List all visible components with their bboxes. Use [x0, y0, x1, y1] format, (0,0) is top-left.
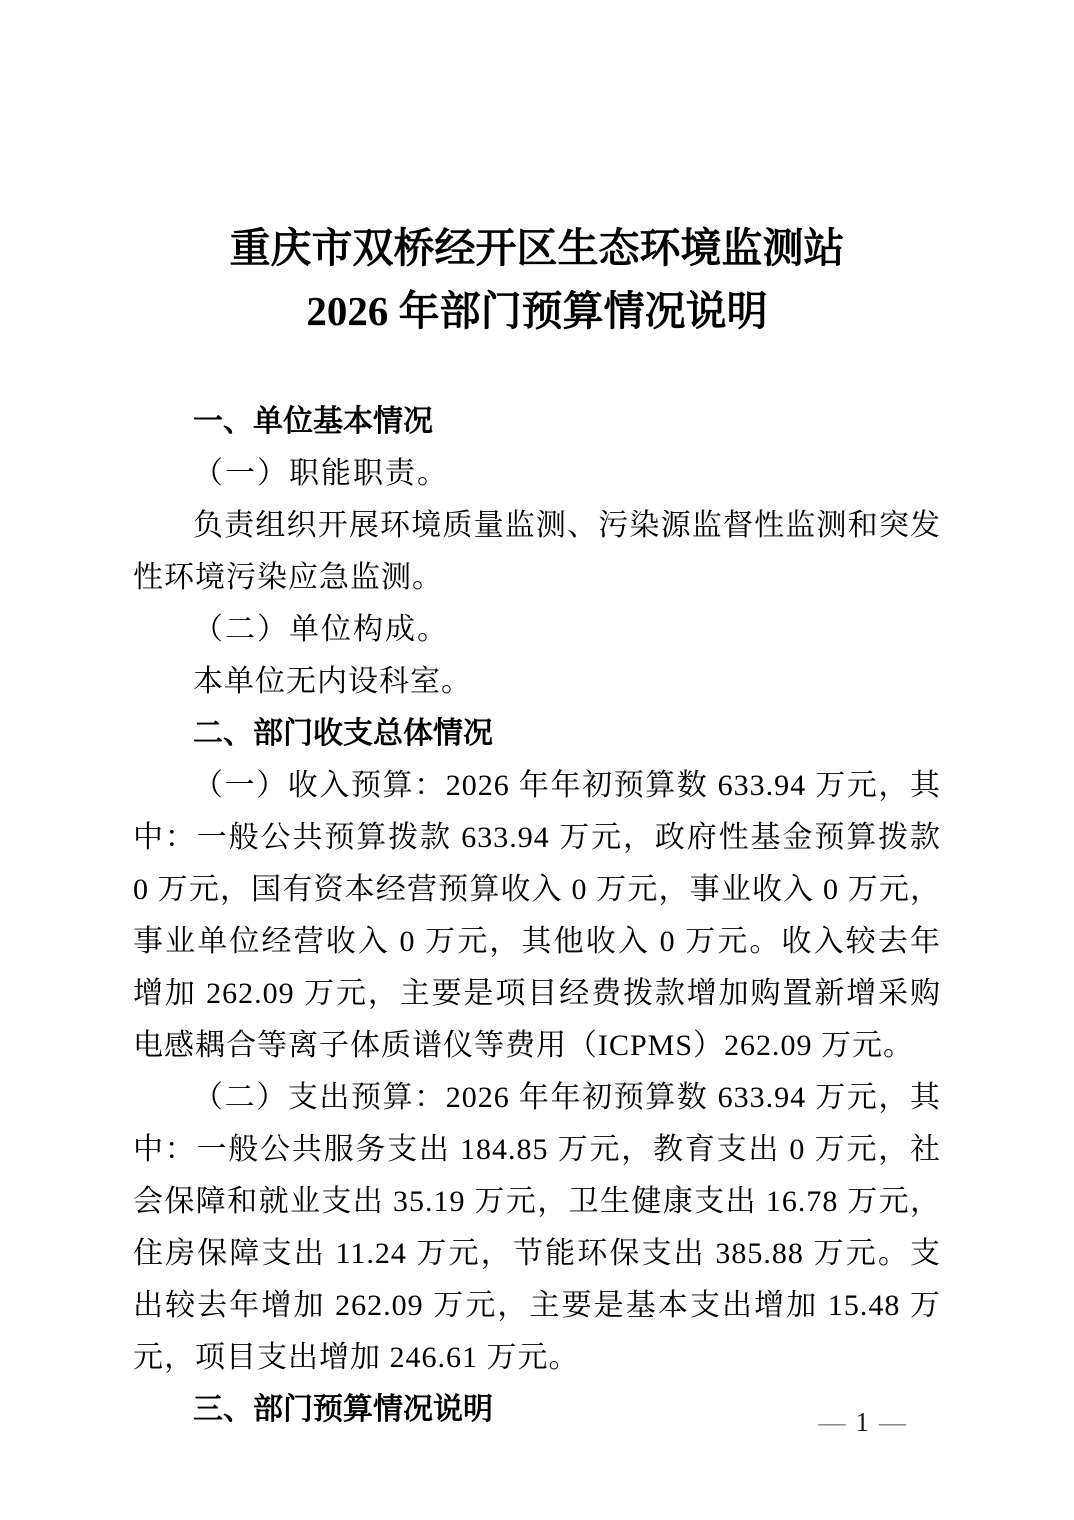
page-number-left-dash: — [809, 1407, 856, 1437]
page-number: —1— [809, 1402, 917, 1442]
page-number-value: 1 [856, 1407, 870, 1437]
page-number-right-dash: — [869, 1407, 916, 1437]
paragraph-income-budget: （一）收入预算：2026 年年初预算数 633.94 万元，其中：一般公共预算拨… [133, 760, 941, 1072]
paragraph-expense-budget: （二）支出预算：2026 年年初预算数 633.94 万元，其中：一般公共服务支… [133, 1072, 941, 1384]
paragraph-structure: 本单位无内设科室。 [133, 656, 941, 708]
sub-heading-1-2: （二）单位构成。 [133, 604, 941, 656]
document-page: 重庆市双桥经开区生态环境监测站 2026 年部门预算情况说明 一、单位基本情况 … [0, 0, 1074, 1520]
section-heading-2: 二、部门收支总体情况 [133, 708, 941, 760]
paragraph-duties: 负责组织开展环境质量监测、污染源监督性监测和突发性环境污染应急监测。 [133, 500, 941, 604]
document-title-line2: 2026 年部门预算情况说明 [0, 280, 1074, 343]
document-body: 一、单位基本情况 （一）职能职责。 负责组织开展环境质量监测、污染源监督性监测和… [133, 396, 941, 1436]
document-title: 重庆市双桥经开区生态环境监测站 2026 年部门预算情况说明 [0, 27, 1074, 343]
document-title-line1: 重庆市双桥经开区生态环境监测站 [0, 217, 1074, 280]
section-heading-1: 一、单位基本情况 [133, 396, 941, 448]
sub-heading-1-1: （一）职能职责。 [133, 448, 941, 500]
